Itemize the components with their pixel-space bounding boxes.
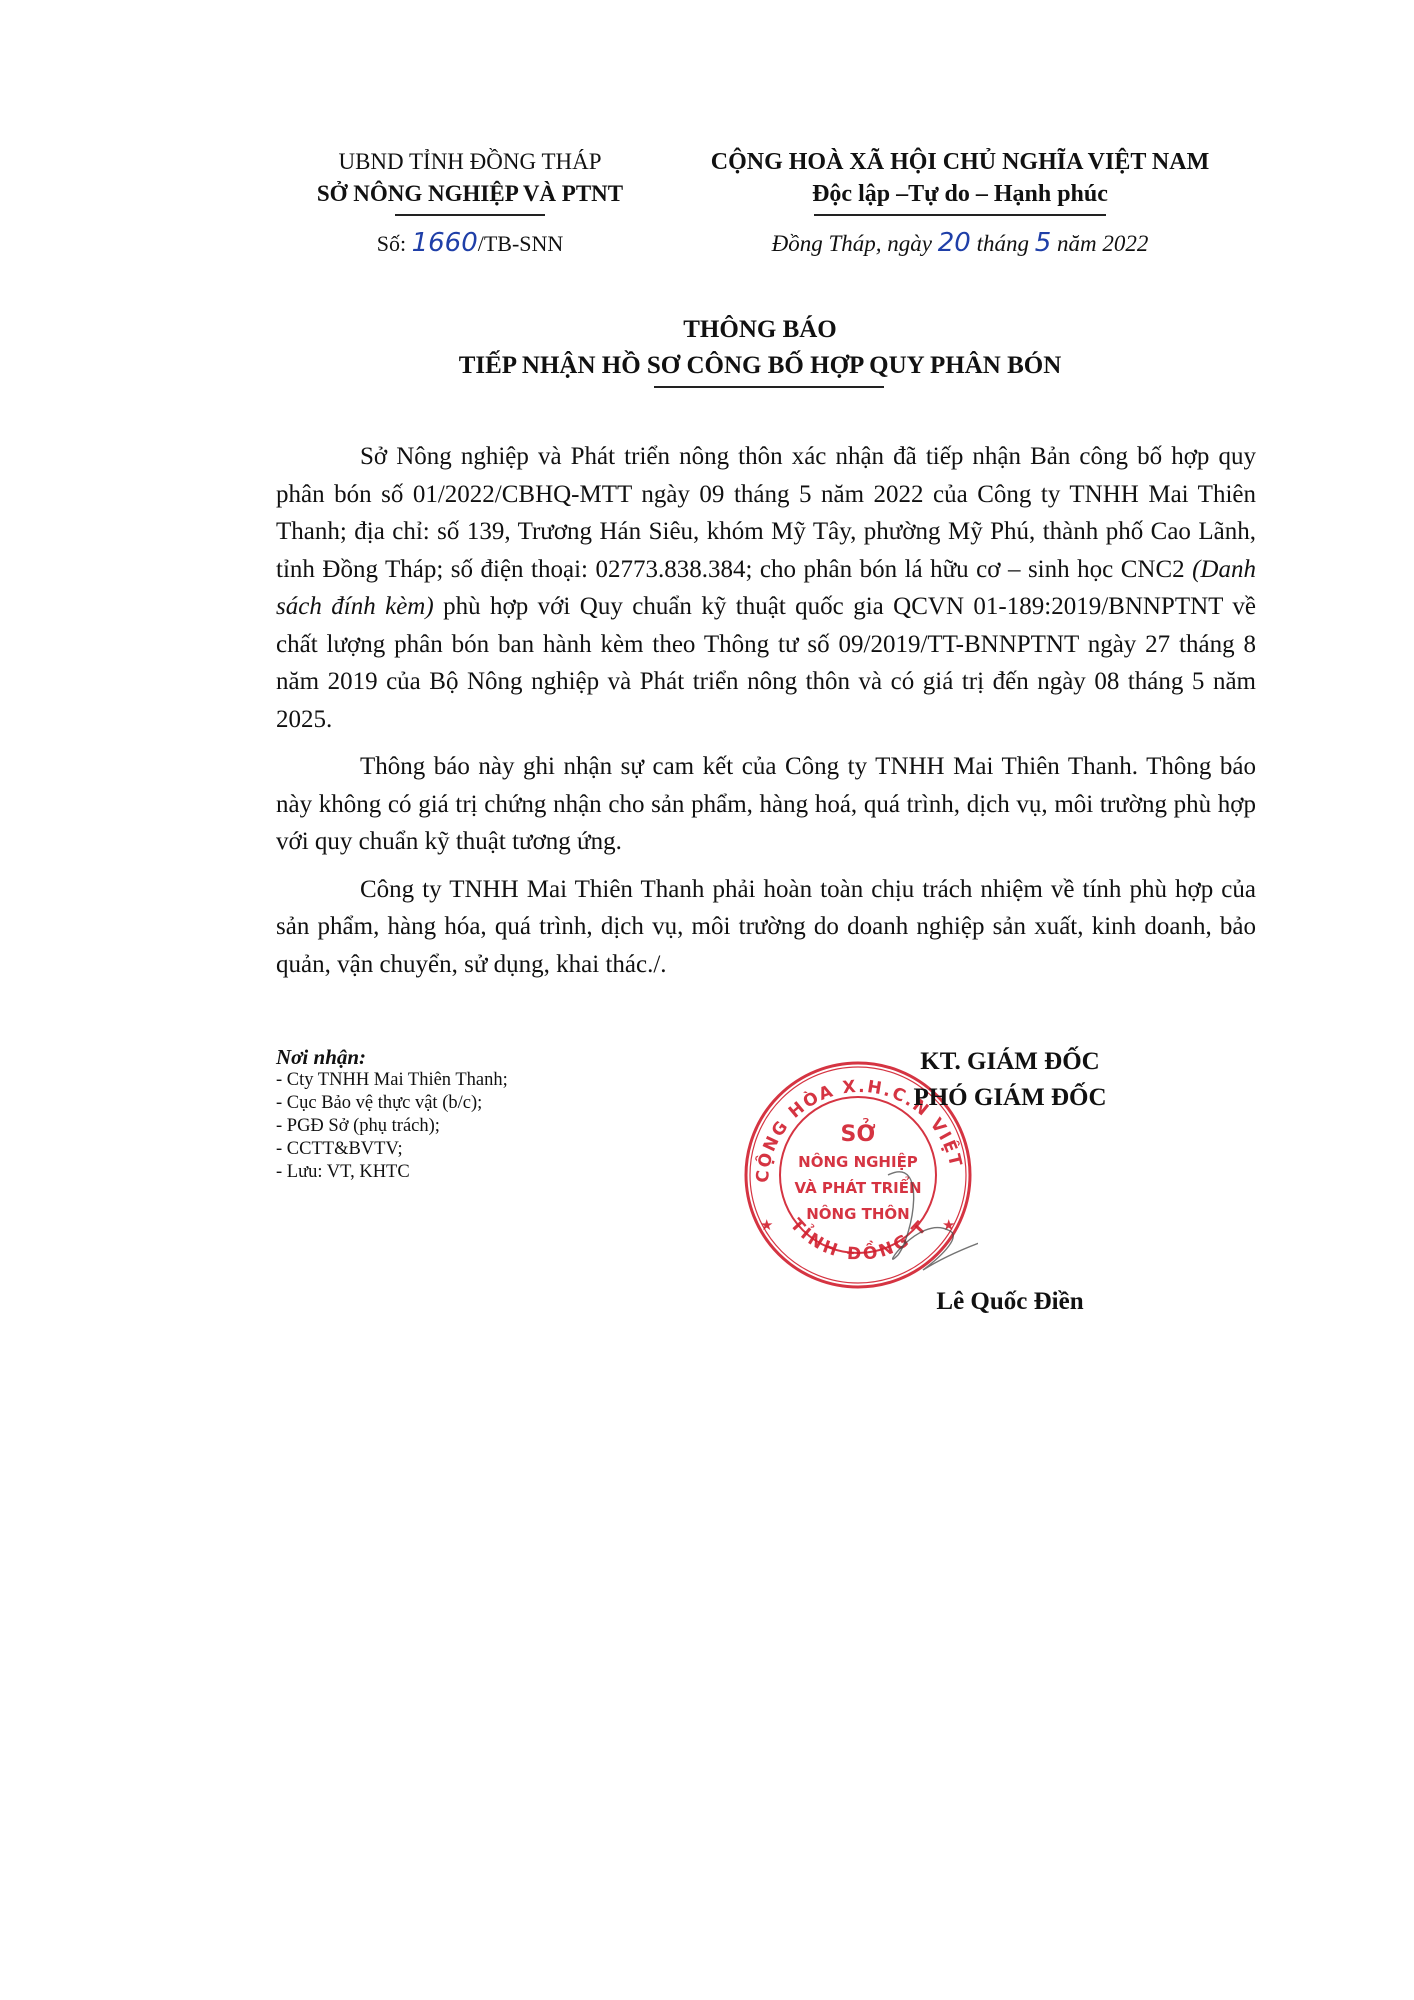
issuing-agency-block: UBND TỈNH ĐỒNG THÁP SỞ NÔNG NGHIỆP VÀ PT… xyxy=(280,146,660,216)
motto-divider xyxy=(814,214,1106,216)
document-number: Số: 1660/TB-SNN xyxy=(280,228,660,258)
agency-parent: UBND TỈNH ĐỒNG THÁP xyxy=(280,146,660,178)
svg-text:VÀ PHÁT TRIỂN: VÀ PHÁT TRIỂN xyxy=(794,1175,921,1197)
motto: Độc lập –Tự do – Hạnh phúc xyxy=(660,178,1260,210)
handwritten-day: 20 xyxy=(938,228,971,258)
national-motto-block: CỘNG HOÀ XÃ HỘI CHỦ NGHĨA VIỆT NAM Độc l… xyxy=(660,146,1260,216)
signatory-title: KT. GIÁM ĐỐC PHÓ GIÁM ĐỐC xyxy=(850,1044,1170,1116)
svg-text:SỞ: SỞ xyxy=(840,1119,875,1147)
document-title: THÔNG BÁO TIẾP NHẬN HỒ SƠ CÔNG BỐ HỢP QU… xyxy=(260,312,1260,384)
svg-text:NÔNG THÔN: NÔNG THÔN xyxy=(806,1204,909,1223)
paragraph-2: Thông báo này ghi nhận sự cam kết của Cô… xyxy=(276,748,1256,861)
title-line-1: THÔNG BÁO xyxy=(260,312,1260,348)
svg-text:★: ★ xyxy=(760,1216,773,1234)
recipients-list: Nơi nhận: - Cty TNHH Mai Thiên Thanh; - … xyxy=(276,1046,696,1184)
title-underline xyxy=(654,386,884,388)
country-name: CỘNG HOÀ XÃ HỘI CHỦ NGHĨA VIỆT NAM xyxy=(660,146,1260,178)
document-date: Đồng Tháp, ngày 20 tháng 5 năm 2022 xyxy=(660,228,1260,258)
title-line-2: TIẾP NHẬN HỒ SƠ CÔNG BỐ HỢP QUY PHÂN BÓN xyxy=(260,348,1260,384)
recipients-label: Nơi nhận: xyxy=(276,1046,696,1069)
paragraph-1: Sở Nông nghiệp và Phát triển nông thôn x… xyxy=(276,438,1256,738)
handwritten-month: 5 xyxy=(1035,228,1052,258)
svg-text:★: ★ xyxy=(942,1216,955,1234)
recipient-item: - Cty TNHH Mai Thiên Thanh; xyxy=(276,1069,696,1092)
document-body: Sở Nông nghiệp và Phát triển nông thôn x… xyxy=(276,438,1256,993)
recipient-item: - PGĐ Sở (phụ trách); xyxy=(276,1115,696,1138)
svg-text:NÔNG NGHIỆP: NÔNG NGHIỆP xyxy=(798,1151,918,1171)
agency-divider xyxy=(395,214,545,216)
paragraph-3: Công ty TNHH Mai Thiên Thanh phải hoàn t… xyxy=(276,871,1256,984)
recipient-item: - Lưu: VT, KHTC xyxy=(276,1161,696,1184)
agency-name: SỞ NÔNG NGHIỆP VÀ PTNT xyxy=(280,178,660,210)
signatory-name: Lê Quốc Điền xyxy=(850,1288,1170,1316)
handwritten-number: 1660 xyxy=(412,228,478,258)
recipient-item: - CCTT&BVTV; xyxy=(276,1138,696,1161)
recipient-item: - Cục Bảo vệ thực vật (b/c); xyxy=(276,1092,696,1115)
